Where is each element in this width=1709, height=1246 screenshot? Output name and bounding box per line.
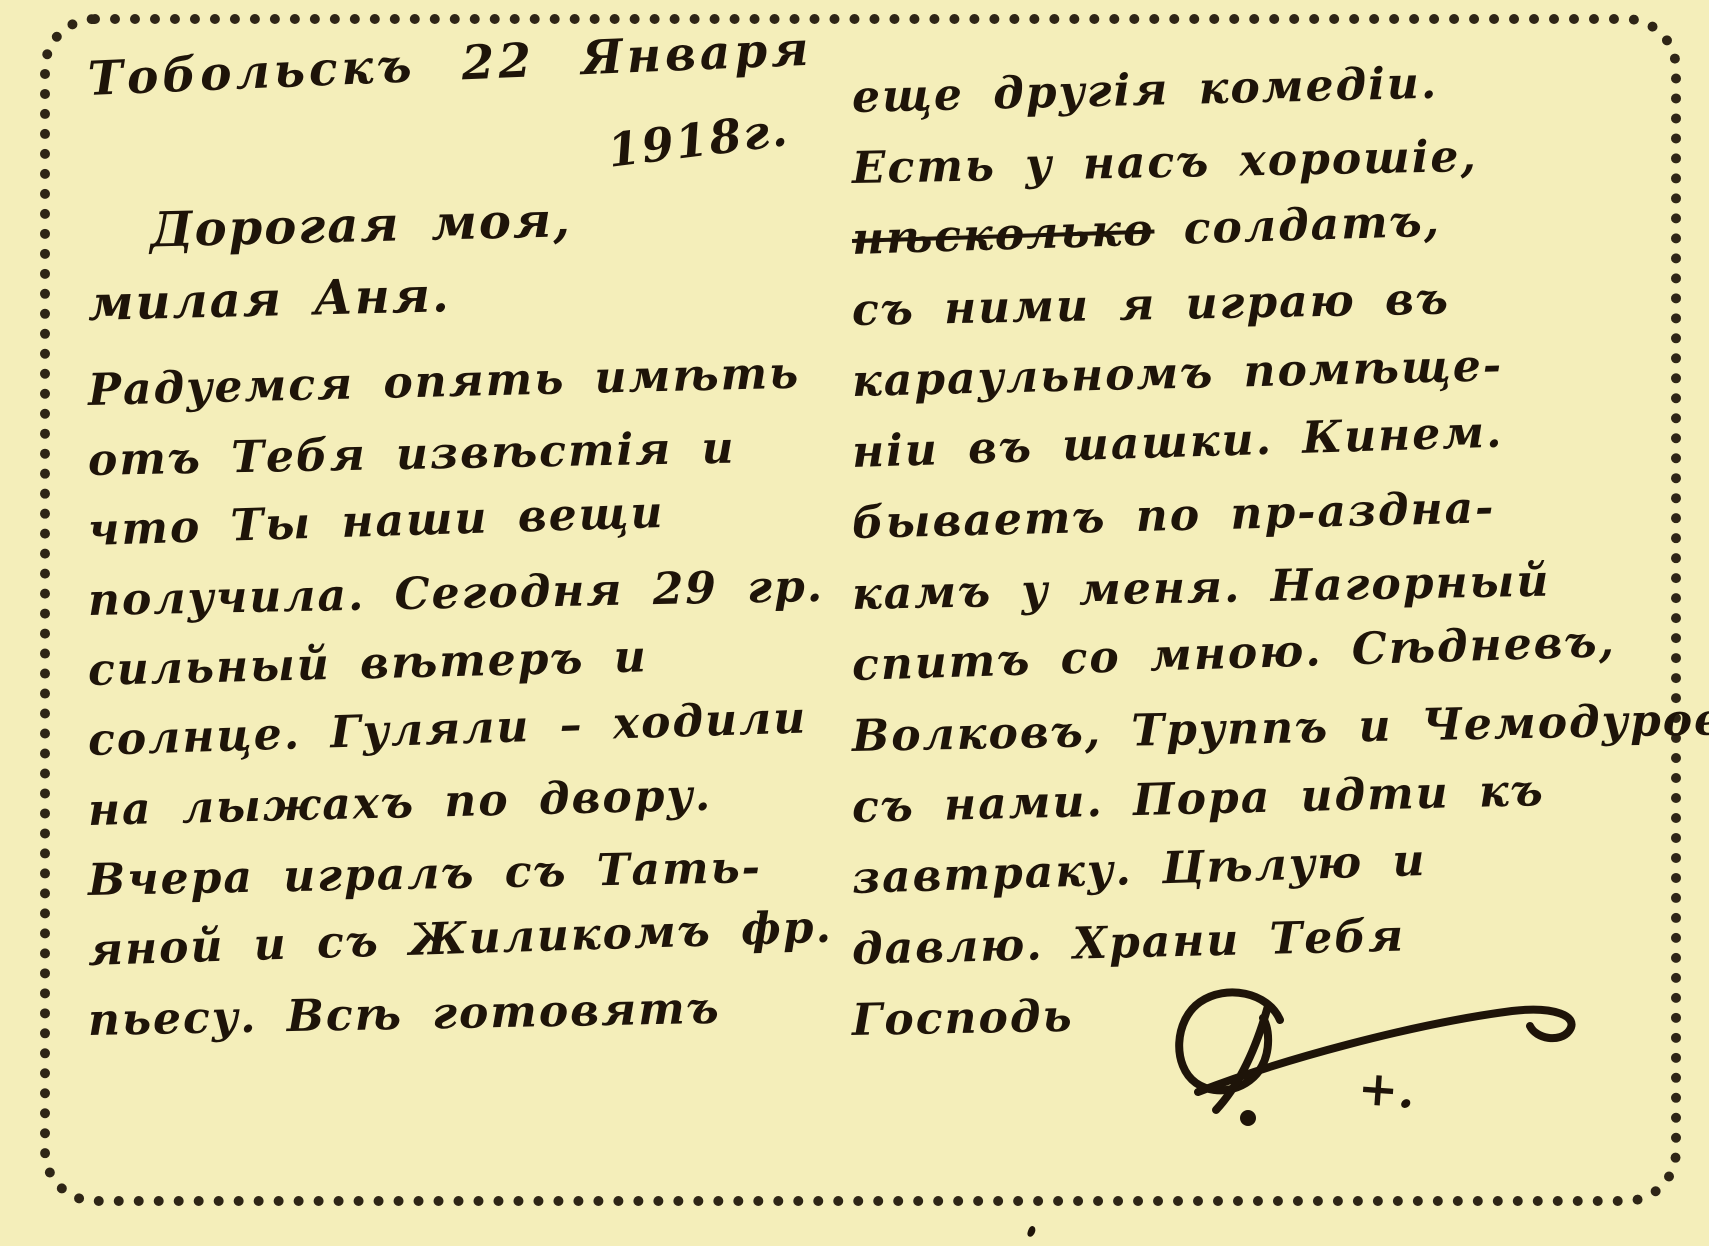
- cross-mark: +.: [1356, 1060, 1417, 1120]
- signature-row: +.: [1130, 980, 1630, 1160]
- left-body-text: Радуемся опять имѣтьотъ Тебя извѣстія ич…: [88, 356, 888, 1056]
- left-column: Тобольскъ 22 Января 1918г. Дорогая моя, …: [88, 40, 888, 1056]
- right-column: еще другія комедіи.Есть у насъ хорошіе,н…: [852, 62, 1692, 1056]
- stray-ink-mark: [1026, 1225, 1036, 1238]
- struck-word: нѣсколько: [851, 205, 1155, 265]
- right-body-text: еще другія комедіи.Есть у насъ хорошіе,н…: [852, 62, 1692, 1056]
- letter-page: Тобольскъ 22 Января 1918г. Дорогая моя, …: [0, 0, 1709, 1246]
- handwritten-line: пьесу. Всѣ готовятъ: [87, 971, 888, 1056]
